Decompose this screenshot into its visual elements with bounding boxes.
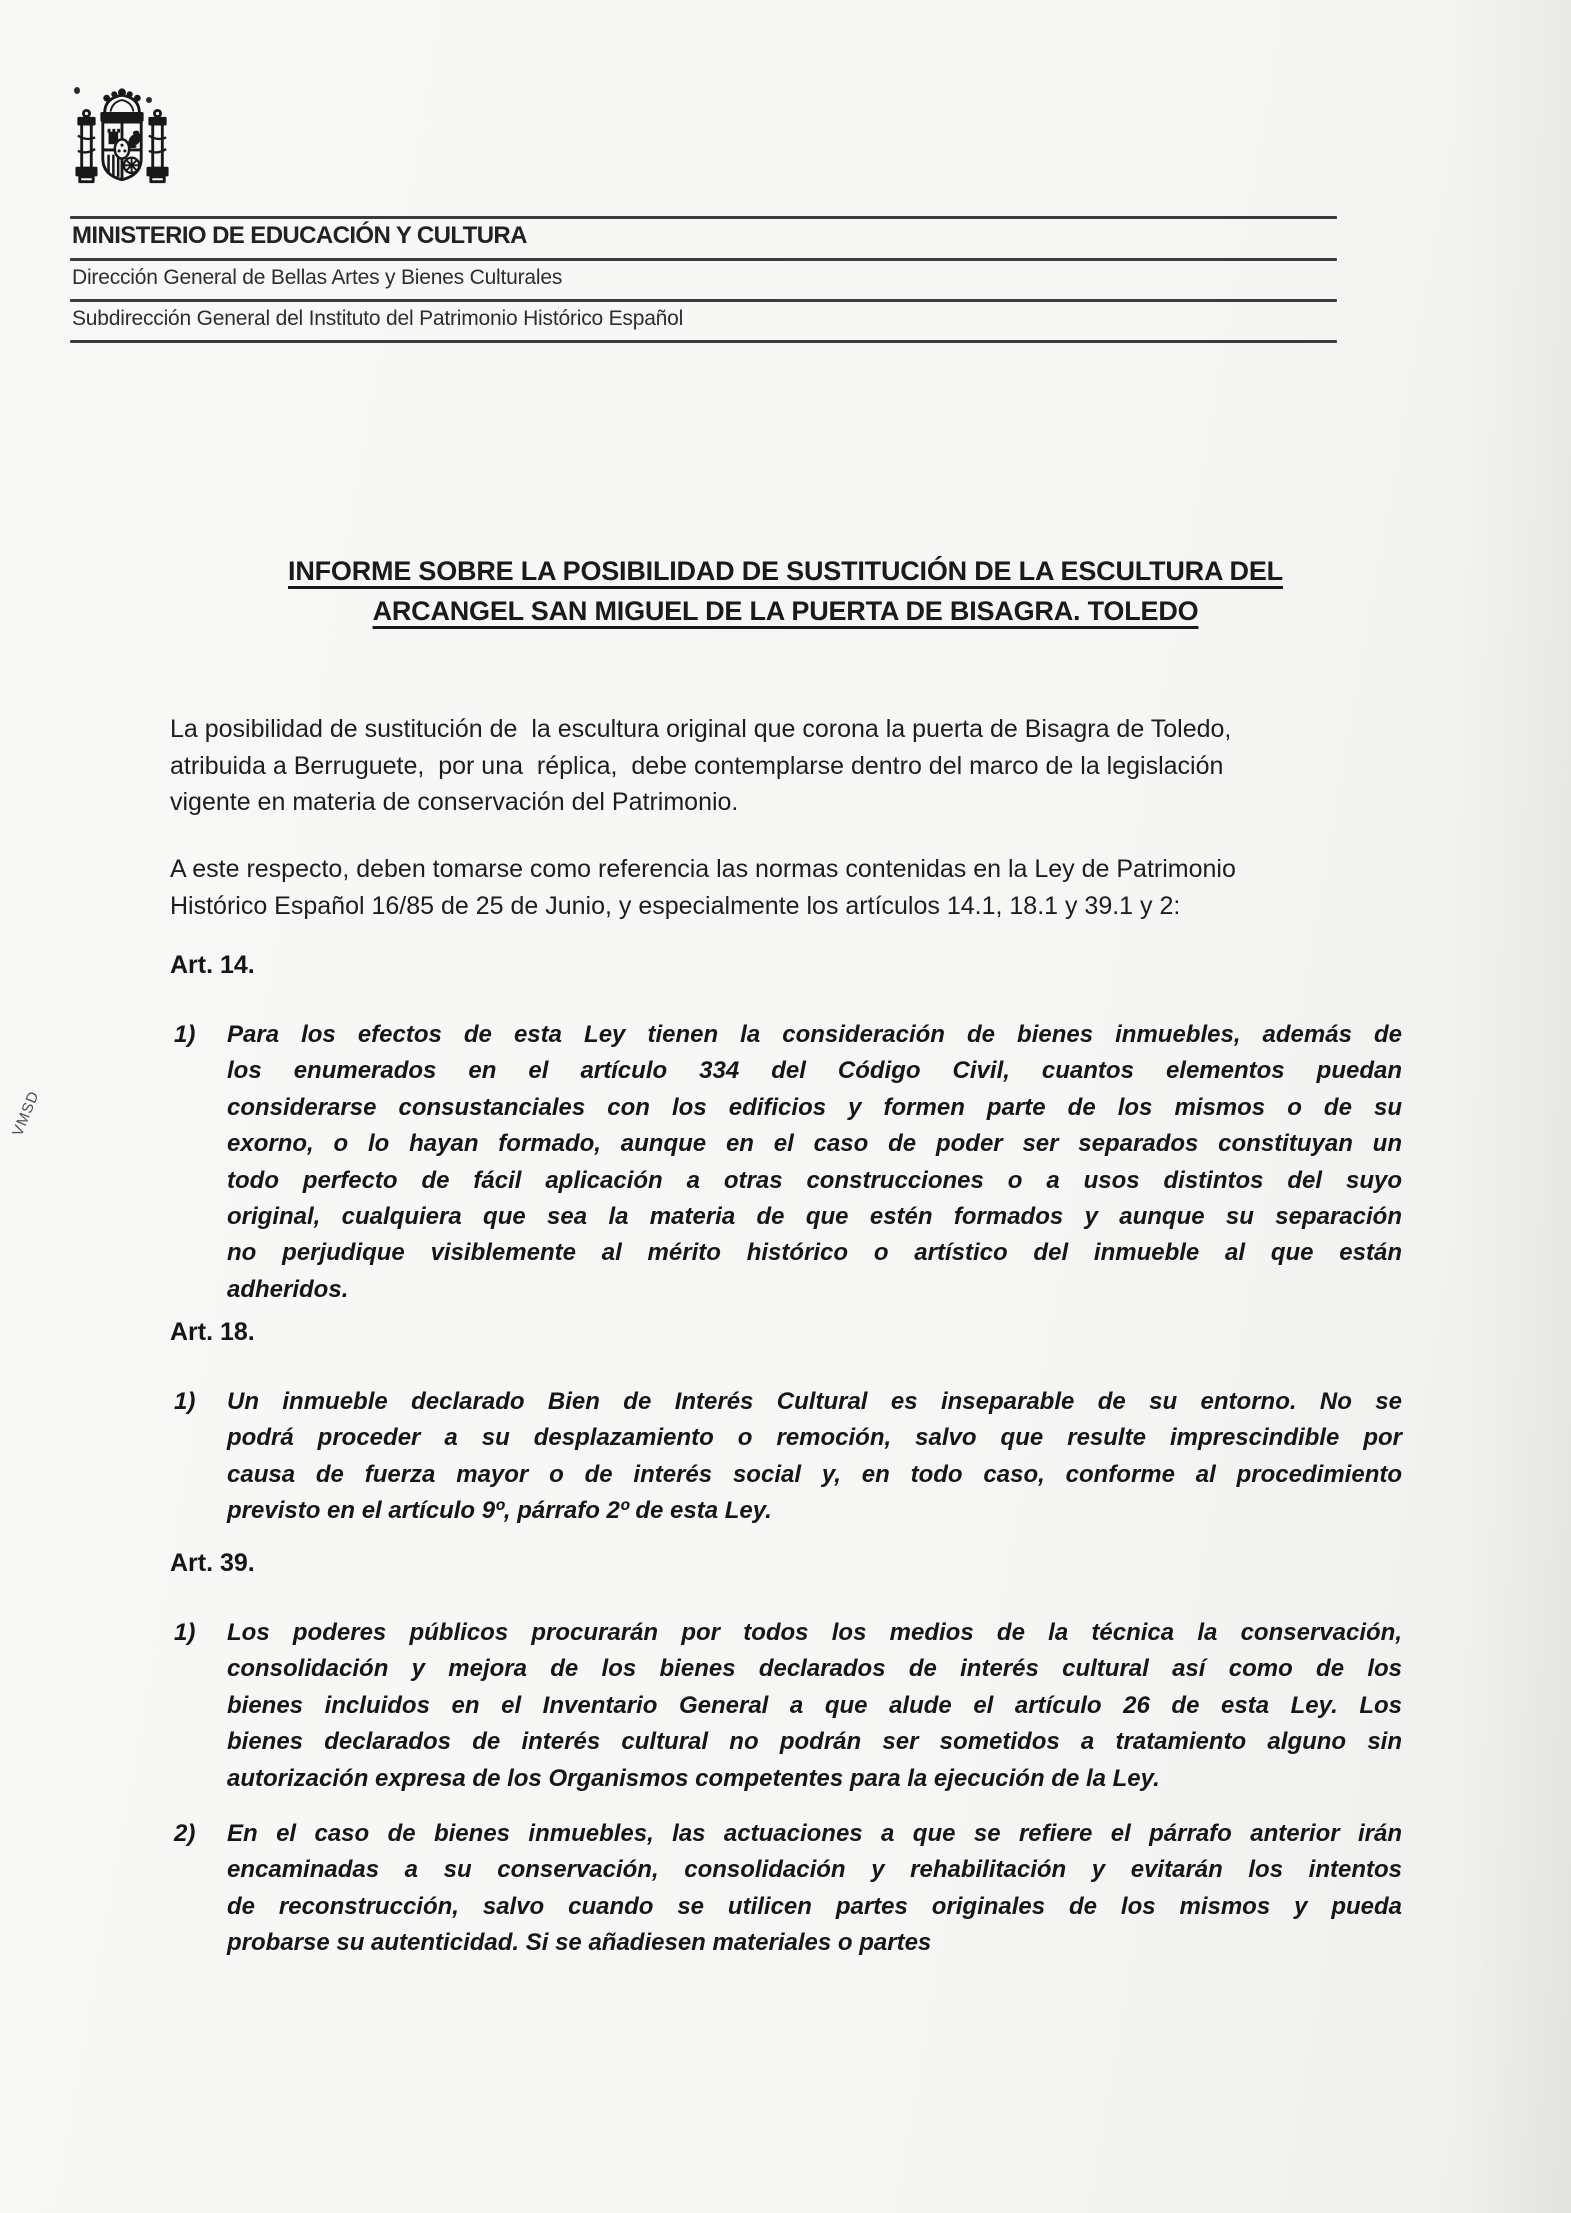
article-39-item-2: 2) En el caso de bienes inmuebles, las a… <box>170 1816 1402 1962</box>
header-rule-2 <box>70 258 1337 261</box>
article-14-item-1: 1) Para los efectos de esta Ley tienen l… <box>170 1017 1402 1308</box>
item-number: 1) <box>174 1017 195 1053</box>
spain-coat-of-arms-icon <box>74 84 170 214</box>
item-text: Un inmueble declarado Bien de Interés Cu… <box>227 1384 1402 1530</box>
document-title: INFORME SOBRE LA POSIBILIDAD DE SUSTITUC… <box>0 551 1571 631</box>
article-14-heading: Art. 14. <box>170 951 255 980</box>
reference-paragraph: A este respecto, deben tomarse como refe… <box>170 851 1402 924</box>
header-rule-bottom <box>70 340 1337 343</box>
margin-note: VMSD <box>4 1075 48 1152</box>
document-page: MINISTERIO DE EDUCACIÓN Y CULTURA Direcc… <box>0 0 1571 2213</box>
item-text: En el caso de bienes inmuebles, las actu… <box>227 1816 1402 1962</box>
article-18-item-1: 1) Un inmueble declarado Bien de Interés… <box>170 1384 1402 1530</box>
article-39-heading: Art. 39. <box>170 1549 255 1578</box>
article-18-heading: Art. 18. <box>170 1318 255 1347</box>
subdirection-line: Subdirección General del Instituto del P… <box>72 307 683 331</box>
item-number: 1) <box>174 1615 195 1651</box>
header-rule-3 <box>70 299 1337 302</box>
ministry-name: MINISTERIO DE EDUCACIÓN Y CULTURA <box>72 222 527 250</box>
document-title-line1: INFORME SOBRE LA POSIBILIDAD DE SUSTITUC… <box>288 556 1283 586</box>
document-title-line2: ARCANGEL SAN MIGUEL DE LA PUERTA DE BISA… <box>373 596 1199 626</box>
direction-general-line: Dirección General de Bellas Artes y Bien… <box>72 266 562 290</box>
header-rule-top <box>70 216 1337 219</box>
item-number: 1) <box>174 1384 195 1420</box>
article-39-item-1: 1) Los poderes públicos procurarán por t… <box>170 1615 1402 1797</box>
item-text: Los poderes públicos procurarán por todo… <box>227 1615 1402 1797</box>
item-text: Para los efectos de esta Ley tienen la c… <box>227 1017 1402 1308</box>
intro-paragraph: La posibilidad de sustitución de la escu… <box>170 711 1402 821</box>
item-number: 2) <box>174 1816 195 1852</box>
